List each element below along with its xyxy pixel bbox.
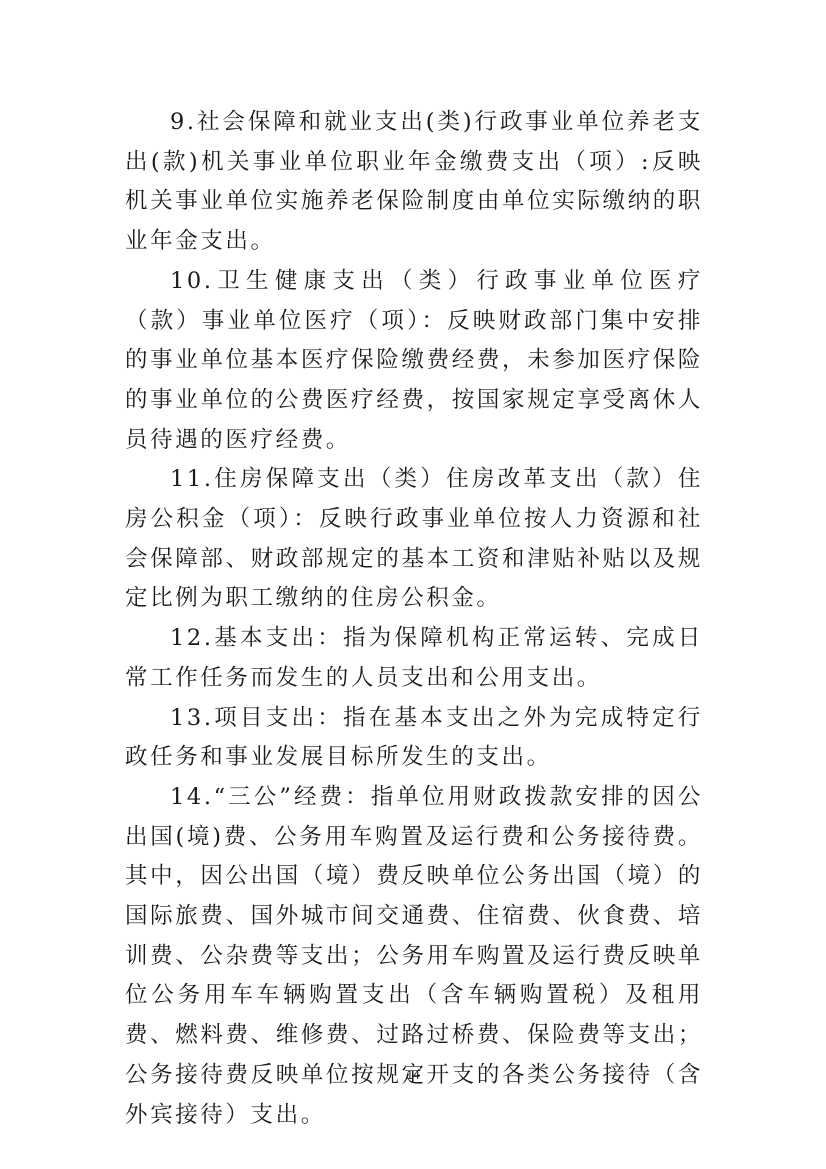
page-number: 14	[0, 1068, 826, 1082]
paragraph-11-housing-fund: 11.住房保障支出（类）住房改革支出（款）住房公积金（项）：反映行政事业单位按人…	[125, 460, 703, 619]
paragraph-9-pension-annuity: 9.社会保障和就业支出(类)行政事业单位养老支出(款)机关事业单位职业年金缴费支…	[125, 103, 703, 262]
paragraph-12-basic-expenditure: 12.基本支出：指为保障机构正常运转、完成日常工作任务而发生的人员支出和公用支出…	[125, 619, 703, 698]
paragraph-10-health-medical: 10.卫生健康支出（类）行政事业单位医疗（款）事业单位医疗（项）：反映财政部门集…	[125, 262, 703, 461]
document-body: 9.社会保障和就业支出(类)行政事业单位养老支出(款)机关事业单位职业年金缴费支…	[125, 103, 703, 1135]
paragraph-13-project-expenditure: 13.项目支出：指在基本支出之外为完成特定行政任务和事业发展目标所发生的支出。	[125, 699, 703, 778]
